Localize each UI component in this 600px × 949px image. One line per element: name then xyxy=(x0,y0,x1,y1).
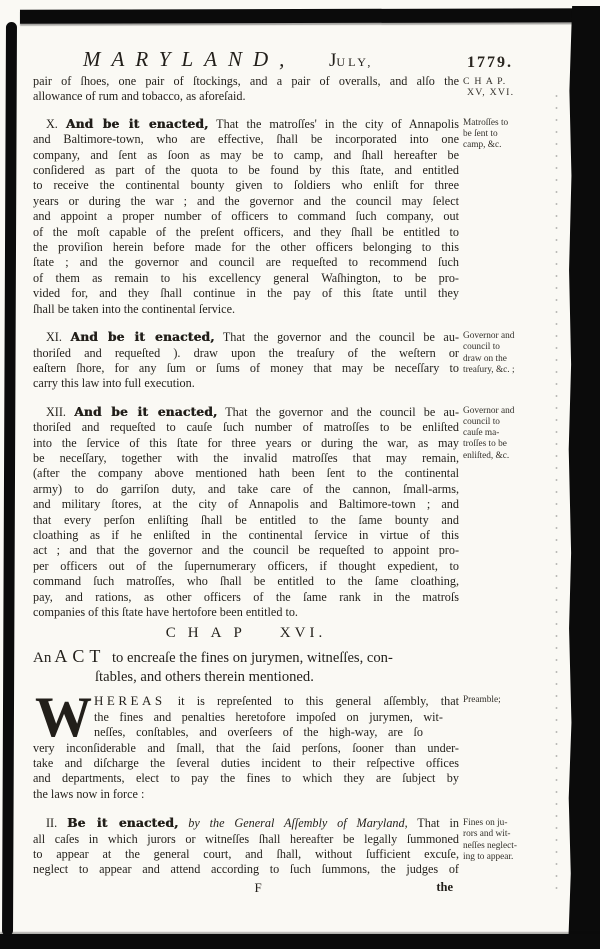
scanned-page: MARYLAND, JULY, 1779. pair of ſhoes, one… xyxy=(0,0,600,949)
paragraph-whereas: WHEREAS it is repreſented to this genera… xyxy=(33,693,459,802)
header-year: 1779. xyxy=(467,54,513,72)
text-line: neglect to appear and attend according t… xyxy=(33,862,459,877)
text-line: take and diſcharge the ſeveral duties in… xyxy=(33,756,459,771)
text-line: per officers out of the ſupernumerary of… xyxy=(33,559,459,574)
margin-note-line: draw on the xyxy=(463,354,559,365)
margin-note-matrosses: Matroſſes tobe ſent tocamp, &c. xyxy=(463,118,559,152)
margin-note-preamble: Preamble; xyxy=(463,695,559,706)
body-bottom-paragraphs: WHEREAS it is repreſented to this genera… xyxy=(33,693,459,877)
text-line: II. Be it enacted, by the General Aſſemb… xyxy=(33,816,459,831)
margin-note-line: treaſury, &c. ; xyxy=(463,365,559,376)
text-line: eaſtern ſhore, for any ſum or ſums of mo… xyxy=(33,361,459,376)
margin-note-line: Governor and xyxy=(463,331,559,342)
text-line: and departments, elect to pay the fines … xyxy=(33,771,459,786)
text-line: carry this law into full execution. xyxy=(33,376,459,391)
act-title-line1: AnACT to encreaſe the fines on jurymen, … xyxy=(33,647,459,668)
margin-note-line: be ſent to xyxy=(463,129,559,140)
chapter-number: XVI. xyxy=(280,625,326,641)
spaced-caps: HEREAS xyxy=(94,693,166,708)
text-line: ſhall be taken into the continental ſerv… xyxy=(33,302,459,317)
page-header: MARYLAND, JULY, 1779. xyxy=(33,42,553,72)
text-line: the fines and penalties heretofore impoſ… xyxy=(33,710,459,725)
margin-note-line: neſſes neglect- xyxy=(463,841,559,852)
text-line: XII. And be it enacted, That the governo… xyxy=(33,405,459,420)
margin-note-line: Preamble; xyxy=(463,695,559,706)
text-line: the laws now in force : xyxy=(33,787,459,802)
paragraph-x: X. And be it enacted, That the matroſſes… xyxy=(33,117,459,317)
text-line: command ſuch matroſſes, who ſhall be ent… xyxy=(33,574,459,589)
text-line: thoriſed and requeſted ). draw upon the … xyxy=(33,346,459,361)
scan-gutter-shadow xyxy=(2,22,17,936)
margin-note-line: Matroſſes to xyxy=(463,118,559,129)
margin-note-treasury: Governor andcouncil todraw on thetreaſur… xyxy=(463,331,559,376)
text-line: cloathing as if he enliſted in the conti… xyxy=(33,528,459,543)
text-line: to receive the continental bounty given … xyxy=(33,178,459,193)
margin-note-line: camp, &c. xyxy=(463,140,559,151)
body-top-paragraphs: pair of ſhoes, one pair of ſtockings, an… xyxy=(33,74,459,620)
text-line: X. And be it enacted, That the matroſſes… xyxy=(33,117,459,132)
margin-note-line: rors and wit- xyxy=(463,829,559,840)
margin-note-line: council to xyxy=(463,417,559,428)
text-line: neſſes, conſtables, and overſeers of the… xyxy=(33,725,459,740)
italic-phrase: by the General Aſſembly of Maryland, xyxy=(188,816,407,830)
text-line: XI. And be it enacted, That the governor… xyxy=(33,330,459,345)
text-line: (after the company above mentioned hath … xyxy=(33,466,459,481)
text-line: act ; and that the governor and the coun… xyxy=(33,543,459,558)
text-line: ſtate ; and the governor and council are… xyxy=(33,255,459,270)
margin-note-enlist: Governor andcouncil tocauſe ma-troſſes t… xyxy=(463,406,559,462)
header-title: MARYLAND, xyxy=(83,47,295,72)
text-line: and appoint a proper number of officers … xyxy=(33,209,459,224)
text-line: HEREAS it is repreſented to this general… xyxy=(33,693,459,709)
text-line: thoriſed and requeſted to cauſe ſuch num… xyxy=(33,420,459,435)
catchword: the xyxy=(436,880,453,895)
text-line: to appear at the general court, and ſhal… xyxy=(33,847,459,862)
act-title: AnACT to encreaſe the fines on jurymen, … xyxy=(33,647,459,687)
text-line: army) to do garriſon duty, and take care… xyxy=(33,482,459,497)
scan-border-right xyxy=(566,6,600,949)
blackletter-phrase: Be it enacted, xyxy=(67,816,178,830)
text-line: years or during the war ; and the govern… xyxy=(33,194,459,209)
margin-note-line: XV, XVI. xyxy=(463,87,559,98)
scan-border-top xyxy=(20,8,600,24)
text-line: companies of this ſtate have hertofore b… xyxy=(33,605,459,620)
blackletter-phrase: And be it enacted, xyxy=(74,405,217,419)
blackletter-phrase: And be it enacted, xyxy=(70,330,214,344)
text-line: the proviſion herein before made for the… xyxy=(33,240,459,255)
margin-note-fines: Fines on ju-rors and wit-neſſes neglect-… xyxy=(463,818,559,863)
blackletter-phrase: And be it enacted, xyxy=(66,117,209,131)
scan-border-bottom xyxy=(0,934,600,949)
text-line: that every perſon enliſting ſhall be ent… xyxy=(33,513,459,528)
text-line: into the ſervice of this ſtate for three… xyxy=(33,436,459,451)
signature-row: F the xyxy=(33,880,459,896)
margin-note-line: C H A P. xyxy=(463,76,559,87)
text-line: of the moſt capable of the preſent offic… xyxy=(33,225,459,240)
scan-noise xyxy=(553,90,562,889)
margin-note-line: cauſe ma- xyxy=(463,428,559,439)
margin-note-line: enliſted, &c. xyxy=(463,451,559,462)
paragraph-xii: XII. And be it enacted, That the governo… xyxy=(33,405,459,621)
act-title-line2: ſtables, and others therein mentioned. xyxy=(33,668,459,687)
margin-note-line: troſſes to be xyxy=(463,439,559,450)
text-line: be neceſſary, together with the invalid … xyxy=(33,451,459,466)
text-line: all caſes in which jurors or witneſſes ſ… xyxy=(33,832,459,847)
margin-note-chapter-ref: C H A P.XV, XVI. xyxy=(463,76,559,98)
chapter-heading: CHAPXVI. xyxy=(33,626,459,644)
margin-note-line: Governor and xyxy=(463,406,559,417)
margin-note-line: Fines on ju- xyxy=(463,818,559,829)
margin-note-line: council to xyxy=(463,342,559,353)
text-line: and Baltimore-town, who are effective, ſ… xyxy=(33,132,459,147)
text-line: pair of ſhoes, one pair of ſtockings, an… xyxy=(33,74,459,89)
drop-cap: W xyxy=(35,695,87,740)
text-line: conſidered as part of the quota to be fo… xyxy=(33,163,459,178)
text-line: allowance of rum and tobacco, as aforeſa… xyxy=(33,89,459,104)
text-line: and military ſtores, at the city of Anna… xyxy=(33,497,459,512)
text-line: company, and ſent as ſoon as may be to c… xyxy=(33,148,459,163)
paragraph-xi: XI. And be it enacted, That the governor… xyxy=(33,330,459,392)
body-column: pair of ſhoes, one pair of ſtockings, an… xyxy=(33,74,459,896)
header-month: JULY, xyxy=(329,50,373,72)
text-line: of them as remain to his excellency gene… xyxy=(33,271,459,286)
chapter-label: CHAP xyxy=(166,625,254,641)
text-line: vided for, and they ſhall continue in th… xyxy=(33,286,459,301)
signature-mark: F xyxy=(255,880,262,895)
paragraph-ii: II. Be it enacted, by the General Aſſemb… xyxy=(33,816,459,878)
paragraph-continuation: pair of ſhoes, one pair of ſtockings, an… xyxy=(33,74,459,105)
text-line: very inconſiderable and ſmall, that the … xyxy=(33,741,459,756)
margin-note-line: ing to appear. xyxy=(463,852,559,863)
text-line: pay, and rations, as other officers of t… xyxy=(33,590,459,605)
